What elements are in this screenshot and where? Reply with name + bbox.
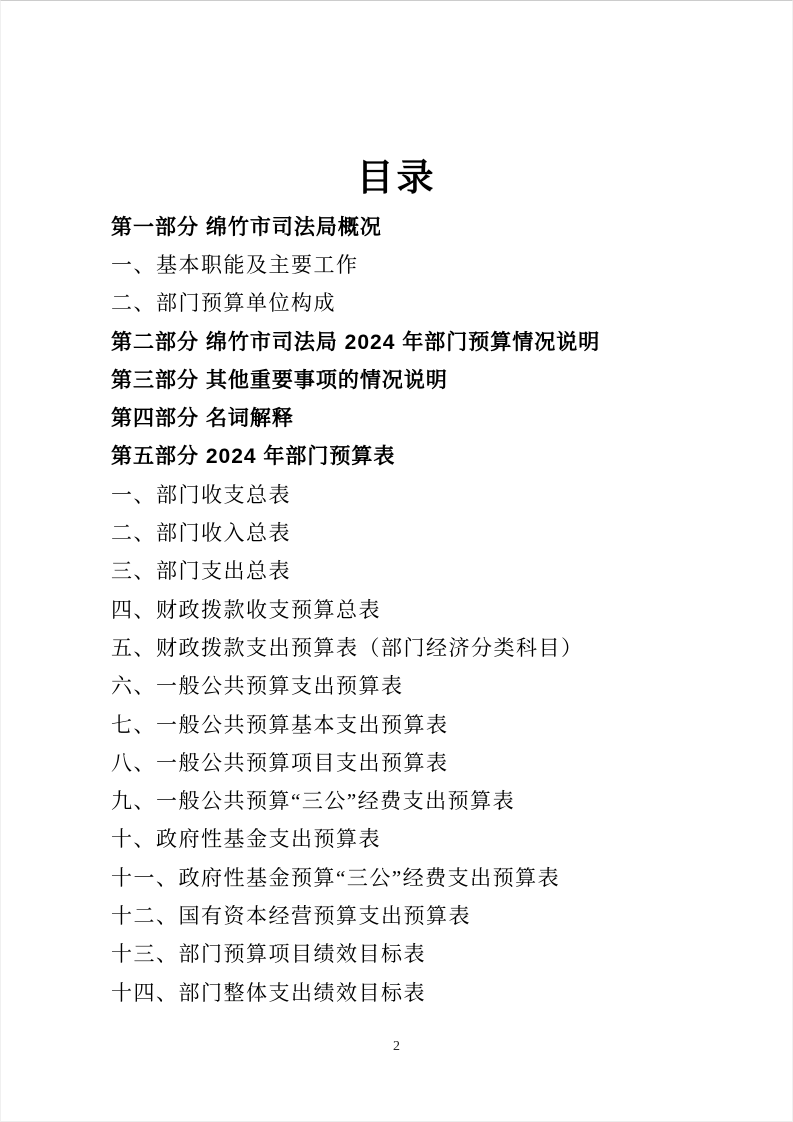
page-title: 目录 xyxy=(1,147,792,201)
toc-entry: 十一、政府性基金预算“三公”经费支出预算表 xyxy=(111,859,742,897)
toc-entry: 七、一般公共预算基本支出预算表 xyxy=(111,706,742,744)
toc-entry: 二、部门预算单位构成 xyxy=(111,285,742,323)
toc-entry: 十二、国有资本经营预算支出预算表 xyxy=(111,897,742,935)
toc-entry: 十三、部门预算项目绩效目标表 xyxy=(111,936,742,974)
toc-entry: 三、部门支出总表 xyxy=(111,553,742,591)
toc-part-heading: 第三部分 其他重要事项的情况说明 xyxy=(111,361,742,399)
toc-entry: 一、部门收支总表 xyxy=(111,476,742,514)
toc-entry: 二、部门收入总表 xyxy=(111,514,742,552)
toc-entry: 十、政府性基金支出预算表 xyxy=(111,821,742,859)
toc-entry: 九、一般公共预算“三公”经费支出预算表 xyxy=(111,782,742,820)
toc-part-heading: 第四部分 名词解释 xyxy=(111,399,742,437)
toc-part-heading: 第一部分 绵竹市司法局概况 xyxy=(111,208,742,246)
toc-entry: 六、一般公共预算支出预算表 xyxy=(111,668,742,706)
document-page: 目录 第一部分 绵竹市司法局概况 一、基本职能及主要工作 二、部门预算单位构成 … xyxy=(0,0,793,1122)
toc-entry: 八、一般公共预算项目支出预算表 xyxy=(111,744,742,782)
toc-entry: 十四、部门整体支出绩效目标表 xyxy=(111,974,742,1012)
toc-entry: 五、财政拨款支出预算表（部门经济分类科目） xyxy=(111,629,742,667)
toc-part-heading: 第五部分 2024 年部门预算表 xyxy=(111,438,742,476)
table-of-contents: 第一部分 绵竹市司法局概况 一、基本职能及主要工作 二、部门预算单位构成 第二部… xyxy=(111,208,742,1012)
toc-entry: 一、基本职能及主要工作 xyxy=(111,246,742,284)
page-number: 2 xyxy=(1,1039,792,1055)
toc-entry: 四、财政拨款收支预算总表 xyxy=(111,591,742,629)
toc-part-heading: 第二部分 绵竹市司法局 2024 年部门预算情况说明 xyxy=(111,323,742,361)
